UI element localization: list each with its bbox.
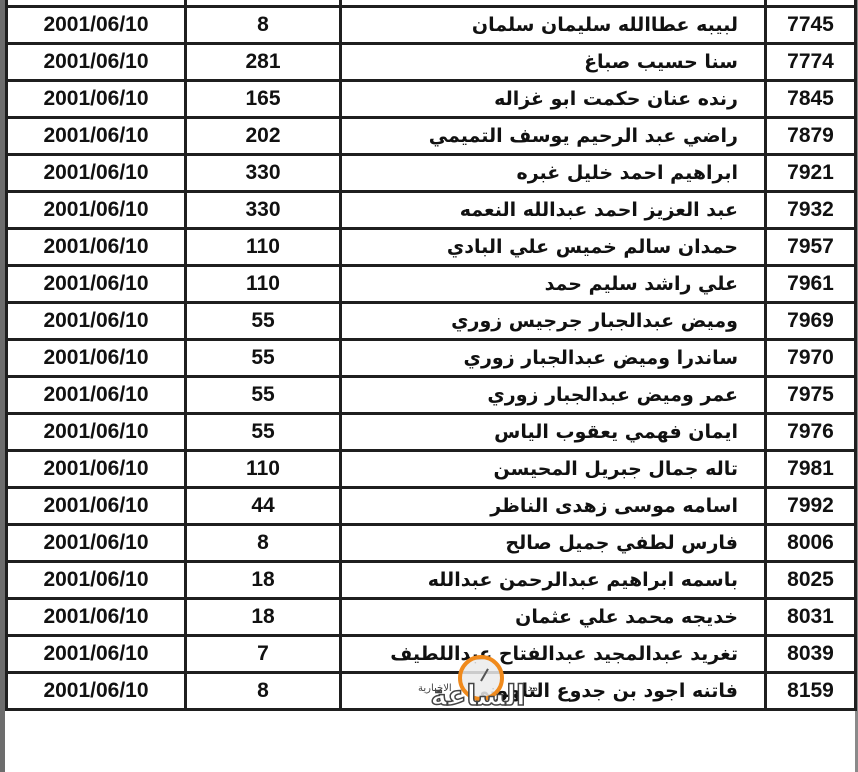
id-cell: 7992 <box>766 488 856 525</box>
date-cell: 2001/06/10 <box>7 599 186 636</box>
id-cell: 7975 <box>766 377 856 414</box>
date-cell: 2001/06/10 <box>7 192 186 229</box>
table-row: 2001/06/1055ساندرا وميض عبدالجبار زوري79… <box>7 340 856 377</box>
id-cell: 7845 <box>766 81 856 118</box>
id-cell: 7981 <box>766 451 856 488</box>
id-cell: 7745 <box>766 7 856 44</box>
table-row: 2001/06/10110حمدان سالم خميس علي البادي7… <box>7 229 856 266</box>
name-cell: تاله جمال جبريل المحيسن <box>341 451 766 488</box>
id-cell: 7970 <box>766 340 856 377</box>
table-row: 2001/06/108لبيبه عطاالله سليمان سلمان774… <box>7 7 856 44</box>
id-cell: 7921 <box>766 155 856 192</box>
date-cell: 2001/06/10 <box>7 303 186 340</box>
name-cell: اسامه موسى زهدى الناظر <box>341 488 766 525</box>
table-row: 2001/06/1018خديجه محمد علي عثمان8031 <box>7 599 856 636</box>
table-row: 2001/06/1018باسمه ابراهيم عبدالرحمن عبدا… <box>7 562 856 599</box>
quantity-cell: 8 <box>186 7 341 44</box>
table-row: 2001/06/10110علي راشد سليم حمد7961 <box>7 266 856 303</box>
quantity-cell: 281 <box>186 44 341 81</box>
id-cell: 8159 <box>766 673 856 710</box>
quantity-cell: 202 <box>186 118 341 155</box>
id-cell: 8025 <box>766 562 856 599</box>
id-cell: 7879 <box>766 118 856 155</box>
name-cell: علي راشد سليم حمد <box>341 266 766 303</box>
id-cell: 8006 <box>766 525 856 562</box>
name-cell: ايمان فهمي يعقوب الياس <box>341 414 766 451</box>
id-cell: 7932 <box>766 192 856 229</box>
name-cell: راضي عبد الرحيم يوسف التميمي <box>341 118 766 155</box>
table-row: 2001/06/10330عبد العزيز احمد عبدالله الن… <box>7 192 856 229</box>
quantity-cell: 44 <box>186 488 341 525</box>
date-cell: 2001/06/10 <box>7 414 186 451</box>
quantity-cell: 55 <box>186 414 341 451</box>
date-cell: 2001/06/10 <box>7 340 186 377</box>
date-cell: 2001/06/10 <box>7 451 186 488</box>
table-row: 2001/06/10281سنا حسيب صباغ7774 <box>7 44 856 81</box>
table-row: 2001/06/1055وميض عبدالجبار جرجيس زوري796… <box>7 303 856 340</box>
quantity-cell: 55 <box>186 340 341 377</box>
id-cell: 7957 <box>766 229 856 266</box>
name-cell: تغريد عبدالمجيد عبدالفتاح عبداللطيف <box>341 636 766 673</box>
table-row: 2001/06/10165رنده عنان حكمت ابو غزاله784… <box>7 81 856 118</box>
name-cell: باسمه ابراهيم عبدالرحمن عبدالله <box>341 562 766 599</box>
date-cell: 2001/06/10 <box>7 118 186 155</box>
id-cell: 7774 <box>766 44 856 81</box>
name-cell: وميض عبدالجبار جرجيس زوري <box>341 303 766 340</box>
name-cell: ساندرا وميض عبدالجبار زوري <box>341 340 766 377</box>
date-cell: 2001/06/10 <box>7 562 186 599</box>
quantity-cell: 110 <box>186 451 341 488</box>
quantity-cell: 165 <box>186 81 341 118</box>
date-cell: 2001/06/10 <box>7 377 186 414</box>
records-table: 2001/06/108لبيبه عطاالله سليمان سلمان774… <box>5 0 857 711</box>
date-cell: 2001/06/10 <box>7 155 186 192</box>
table-row: 2001/06/1055ايمان فهمي يعقوب الياس7976 <box>7 414 856 451</box>
quantity-cell: 330 <box>186 155 341 192</box>
table-row: 2001/06/10110تاله جمال جبريل المحيسن7981 <box>7 451 856 488</box>
name-cell: سنا حسيب صباغ <box>341 44 766 81</box>
id-cell: 7976 <box>766 414 856 451</box>
date-cell: 2001/06/10 <box>7 229 186 266</box>
table-row: 2001/06/108فاتنه اجود بن جدوع التلهوني81… <box>7 673 856 710</box>
name-cell: عبد العزيز احمد عبدالله النعمه <box>341 192 766 229</box>
quantity-cell: 8 <box>186 673 341 710</box>
id-cell: 7969 <box>766 303 856 340</box>
quantity-cell: 55 <box>186 303 341 340</box>
name-cell: عمر وميض عبدالجبار زوري <box>341 377 766 414</box>
quantity-cell: 110 <box>186 266 341 303</box>
id-cell: 8039 <box>766 636 856 673</box>
quantity-cell: 330 <box>186 192 341 229</box>
name-cell: رنده عنان حكمت ابو غزاله <box>341 81 766 118</box>
quantity-cell: 18 <box>186 562 341 599</box>
date-cell: 2001/06/10 <box>7 488 186 525</box>
quantity-cell: 8 <box>186 525 341 562</box>
date-cell: 2001/06/10 <box>7 266 186 303</box>
date-cell: 2001/06/10 <box>7 525 186 562</box>
quantity-cell: 55 <box>186 377 341 414</box>
date-cell: 2001/06/10 <box>7 673 186 710</box>
table-row: 2001/06/107تغريد عبدالمجيد عبدالفتاح عبد… <box>7 636 856 673</box>
quantity-cell: 110 <box>186 229 341 266</box>
table-row: 2001/06/1044اسامه موسى زهدى الناظر7992 <box>7 488 856 525</box>
name-cell: ابراهيم احمد خليل غبره <box>341 155 766 192</box>
name-cell: لبيبه عطاالله سليمان سلمان <box>341 7 766 44</box>
id-cell: 7961 <box>766 266 856 303</box>
date-cell: 2001/06/10 <box>7 636 186 673</box>
date-cell: 2001/06/10 <box>7 44 186 81</box>
table-row: 2001/06/1055عمر وميض عبدالجبار زوري7975 <box>7 377 856 414</box>
table-row: 2001/06/108فارس لطفي جميل صالح8006 <box>7 525 856 562</box>
name-cell: خديجه محمد علي عثمان <box>341 599 766 636</box>
name-cell: فارس لطفي جميل صالح <box>341 525 766 562</box>
id-cell: 8031 <box>766 599 856 636</box>
quantity-cell: 18 <box>186 599 341 636</box>
date-cell: 2001/06/10 <box>7 7 186 44</box>
name-cell: حمدان سالم خميس علي البادي <box>341 229 766 266</box>
date-cell: 2001/06/10 <box>7 81 186 118</box>
name-cell: فاتنه اجود بن جدوع التلهوني <box>341 673 766 710</box>
quantity-cell: 7 <box>186 636 341 673</box>
table-row: 2001/06/10330ابراهيم احمد خليل غبره7921 <box>7 155 856 192</box>
table-row: 2001/06/10202راضي عبد الرحيم يوسف التميم… <box>7 118 856 155</box>
